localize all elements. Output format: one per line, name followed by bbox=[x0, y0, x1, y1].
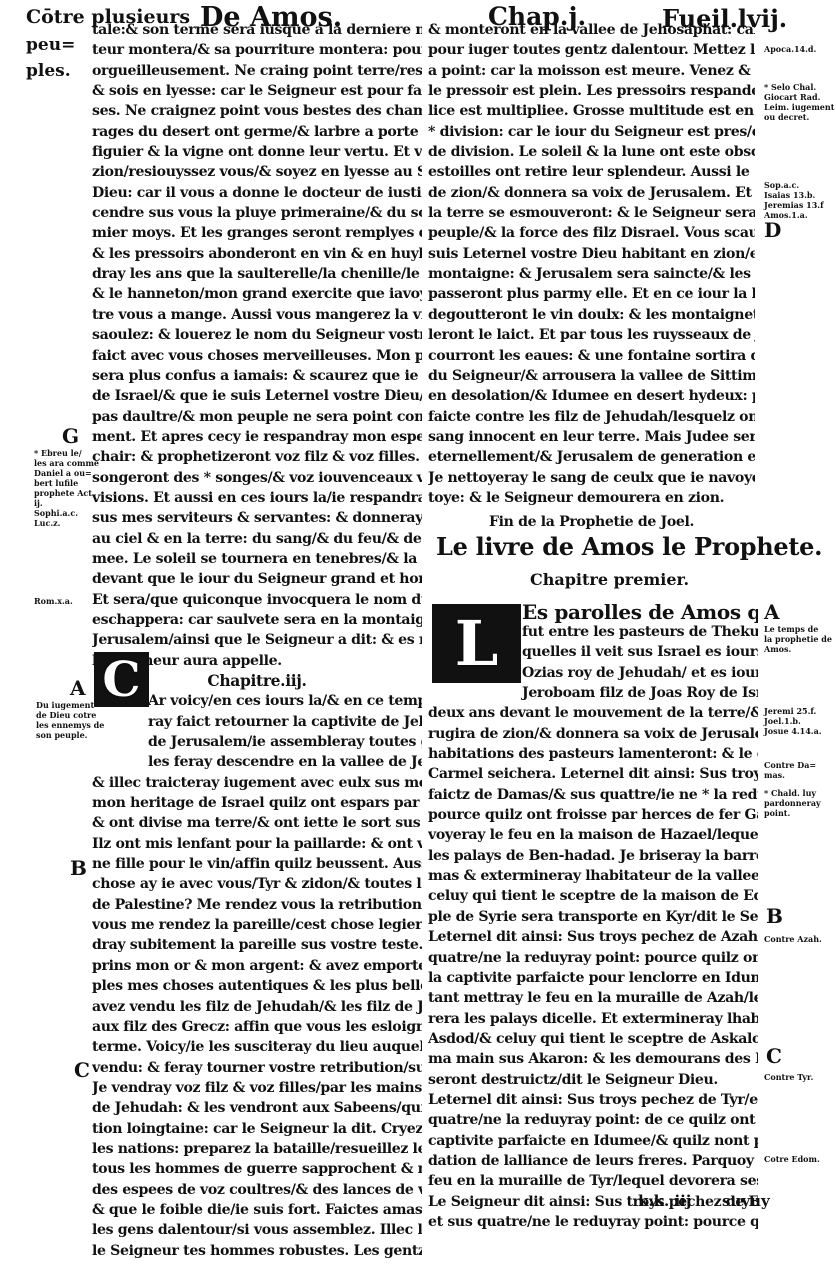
text-line: les feray descendre en la vallee de Jeho… bbox=[92, 752, 422, 772]
margin-note-edom: Cotre Edom. bbox=[764, 1154, 820, 1164]
text-line: de Jehudah: & les vendront aux Sabeens/q… bbox=[92, 1098, 422, 1118]
text-line: habitations des pasteurs lamenteront: & … bbox=[428, 744, 758, 764]
text-line: avez vendu les filz de Jehudah/& les fil… bbox=[92, 997, 422, 1017]
text-line: le pressoir est plein. Les pressoirs res… bbox=[428, 81, 755, 101]
text-line: orgueilleusement. Ne craing point terre/… bbox=[92, 61, 422, 81]
margin-note-rom: Rom.x.a. bbox=[34, 596, 73, 606]
text-line: figuier & la vigne ont donne leur vertu.… bbox=[92, 142, 422, 162]
text-line: leront le laict. Et par tous les ruyssea… bbox=[428, 325, 755, 345]
text-line: rugira de zion/& donnera sa voix de Jeru… bbox=[428, 724, 758, 744]
right-text-block-1: & monteront en la vallee de Jehosaphat: … bbox=[428, 20, 755, 508]
text-line: quelles il veit sus Israel es iours de bbox=[428, 642, 758, 662]
text-line: de Israel/& que ie suis Leternel vostre … bbox=[92, 386, 422, 406]
text-line: feu en la muraille de Tyr/lequel devorer… bbox=[428, 1171, 758, 1191]
text-line: Asdod/& celuy qui tient le sceptre de As… bbox=[428, 1029, 758, 1049]
text-line: Je nettoyeray le sang de ceulx que ie na… bbox=[428, 468, 755, 488]
text-line: a point: car la moisson est meure. Venez… bbox=[428, 61, 755, 81]
text-line: de zion/& donnera sa voix de Jerusalem. … bbox=[428, 183, 755, 203]
text-line: ray faict retourner la captivite de Jehu… bbox=[92, 712, 422, 732]
text-line: la terre se esmouveront: & le Seigneur s… bbox=[428, 203, 755, 223]
margin-letter-b-right: B bbox=[766, 904, 783, 928]
text-line: zion/resiouyssez vous/& soyez en lyesse … bbox=[92, 162, 422, 182]
text-line: ne fille pour le vin/affin quilz beussen… bbox=[92, 854, 422, 874]
text-line: songeront des * songes/& voz iouvenceaux… bbox=[92, 468, 422, 488]
margin-note-chald: * Chald. luy pardonneray point. bbox=[764, 788, 821, 818]
text-line: faictz de Damas/& sus quattre/ie ne * la… bbox=[428, 785, 758, 805]
text-line: de Palestine? Me rendez vous la retribut… bbox=[92, 895, 422, 915]
text-line: seront destruictz/dit le Seigneur Dieu. bbox=[428, 1070, 758, 1090]
margin-letter-c: C bbox=[74, 1058, 90, 1082]
margin-note-azah: Contre Azah. bbox=[764, 934, 822, 944]
text-line: la captivite parfaicte pour lenclorre en… bbox=[428, 968, 758, 988]
text-line: devant que le iour du Seigneur grand et … bbox=[92, 569, 422, 589]
text-line: courront les eaues: & une fontaine sorti… bbox=[428, 346, 755, 366]
text-line: chose ay ie avec vous/Tyr & zidon/& tout… bbox=[92, 874, 422, 894]
text-line: estoilles ont retire leur splendeur. Aus… bbox=[428, 162, 755, 182]
text-line: en desolation/& Idumee en desert hydeux:… bbox=[428, 386, 755, 406]
text-line: peuple/& la force des filz Disrael. Vous… bbox=[428, 223, 755, 243]
text-line: Leternel dit ainsi: Sus troys pechez de … bbox=[428, 1090, 758, 1110]
text-line: dray les ans que la saulterelle/la cheni… bbox=[92, 264, 422, 284]
text-line: les palays de Ben-hadad. Je briseray la … bbox=[428, 846, 758, 866]
text-line: ment. Et apres cecy ie respandray mon es… bbox=[92, 427, 422, 447]
text-line: rages du desert ont germe/& larbre a por… bbox=[92, 122, 422, 142]
text-line: sang innocent en leur terre. Mais Judee … bbox=[428, 427, 755, 447]
text-line: Ozias roy de Jehudah/ et es iours de bbox=[428, 663, 758, 683]
text-line: tre vous a mange. Aussi vous mangerez la… bbox=[92, 305, 422, 325]
initial-letter: C bbox=[102, 652, 140, 708]
text-line: saoulez: & louerez le nom du Seigneur vo… bbox=[92, 325, 422, 345]
margin-note-apoca: Apoca.14.d. bbox=[764, 44, 816, 54]
margin-letter-d: D bbox=[764, 218, 781, 242]
text-line: Ilz ont mis lenfant pour la paillarde: &… bbox=[92, 834, 422, 854]
text-line: terme. Voicy/ie les susciteray du lieu a… bbox=[92, 1037, 422, 1057]
left-text-block-2: Ar voicy/en ces iours la/& en ce temps/q… bbox=[92, 691, 422, 1261]
text-line: rera les palays dicelle. Et extermineray… bbox=[428, 1009, 758, 1029]
text-line: les nations: preparez la bataille/resuei… bbox=[92, 1139, 422, 1159]
text-line: Leternel dit ainsi: Sus troys pechez de … bbox=[428, 927, 758, 947]
text-line: montaigne: & Jerusalem sera saincte/& le… bbox=[428, 264, 755, 284]
text-line: tant mettray le feu en la muraille de Az… bbox=[428, 988, 758, 1008]
margin-note-refs: Sop.a.c. Isaias 13.b. Jeremias 13.f Amos… bbox=[764, 180, 824, 220]
margin-note-refs-2: Jeremi 25.f. Joel.1.b. Josue 4.14.a. bbox=[764, 706, 822, 736]
text-line: dation de lalliance de leurs freres. Par… bbox=[428, 1151, 758, 1171]
text-line: & sois en lyesse: car le Seigneur est po… bbox=[92, 81, 422, 101]
text-line: vous me rendez la pareille/cest chose le… bbox=[92, 915, 422, 935]
outer-note-line: ples. bbox=[26, 58, 75, 84]
text-line: et sus quatre/ne le reduyray point: pour… bbox=[428, 1212, 758, 1232]
margin-note-temps: Le temps de la prophetie de Amos. bbox=[764, 624, 832, 654]
outer-margin-note: peu= ples. bbox=[26, 32, 75, 84]
text-line: du Seigneur/& arrousera la vallee de Sit… bbox=[428, 366, 755, 386]
text-line: mee. Le soleil se tournera en tenebres/&… bbox=[92, 549, 422, 569]
text-line: le Seigneur tes hommes robustes. Les gen… bbox=[92, 1241, 422, 1261]
signature-mark: k.k. iij bbox=[638, 1192, 691, 1210]
text-line: voyeray le feu en la maison de Hazael/le… bbox=[428, 825, 758, 845]
margin-note-tyr: Contre Tyr. bbox=[764, 1072, 813, 1082]
text-line: sus mes serviteurs & servantes: & donner… bbox=[92, 508, 422, 528]
text-line: ma main sus Akaron: & les demourans des … bbox=[428, 1049, 758, 1069]
text-line: au ciel & en la terre: du sang/& du feu/… bbox=[92, 529, 422, 549]
text-line: deux ans devant le mouvement de la terre… bbox=[428, 703, 758, 723]
text-line: & que le foible die/ie suis fort. Faicte… bbox=[92, 1200, 422, 1220]
margin-note-damas: Contre Da= mas. bbox=[764, 760, 816, 780]
catchword: suyuy bbox=[722, 1192, 770, 1210]
text-line: faict avec vous choses merveilleuses. Mo… bbox=[92, 346, 422, 366]
book-page: Cōtre plusieurs De Amos. Chap.j. Fueil.l… bbox=[0, 0, 836, 1271]
opening-words: Es parolles de Amos qui bbox=[522, 600, 758, 624]
text-line: les gens dalentour/si vous assemblez. Il… bbox=[92, 1220, 422, 1240]
left-column: tale:& son terme sera iusque a la dernie… bbox=[92, 20, 422, 1261]
margin-note-selon: * Selo Chal. Giocart Rad. Leim. iugement… bbox=[764, 82, 834, 122]
text-line: captivite parfaicte en Idumee/& quilz no… bbox=[428, 1131, 758, 1151]
text-line: sera plus confus a iamais: & scaurez que… bbox=[92, 366, 422, 386]
text-line: & illec traicteray iugement avec eulx su… bbox=[92, 773, 422, 793]
text-line: & le hanneton/mon grand exercite que iav… bbox=[92, 284, 422, 304]
right-column: & monteront en la vallee de Jehosaphat: … bbox=[428, 20, 755, 533]
text-line: cendre sus vous la pluye primeraine/& du… bbox=[92, 203, 422, 223]
text-line: aux filz des Grecz: affin que vous les e… bbox=[92, 1017, 422, 1037]
text-line: Je vendray voz filz & voz filles/par les… bbox=[92, 1078, 422, 1098]
margin-note-iugement: Du iugement de Dieu cotre les ennemys de… bbox=[36, 700, 104, 740]
text-line: teur montera/& sa pourriture montera: po… bbox=[92, 40, 422, 60]
text-line: eschappera: car saulvete sera en la mont… bbox=[92, 610, 422, 630]
text-line: & ont divise ma terre/& ont iette le sor… bbox=[92, 813, 422, 833]
text-line: toye: & le Seigneur demourera en zion. bbox=[428, 488, 755, 508]
text-line: Dieu: car il vous a donne le docteur de … bbox=[92, 183, 422, 203]
text-line: de Jerusalem/ie assembleray toutes gentz… bbox=[92, 732, 422, 752]
text-line: * division: car le iour du Seigneur est … bbox=[428, 122, 755, 142]
text-line: eternellement/& Jerusalem de generation … bbox=[428, 447, 755, 467]
margin-letter-g: G bbox=[62, 424, 79, 448]
text-line: quatre/ne la reduyray point: de ce quilz… bbox=[428, 1110, 758, 1130]
text-line: vendu: & feray tourner vostre retributio… bbox=[92, 1058, 422, 1078]
text-line: pour iuger toutes gentz dalentour. Mette… bbox=[428, 40, 755, 60]
text-line: ples mes choses autentiques & les plus b… bbox=[92, 976, 422, 996]
text-line: pource quilz ont froisse par herces de f… bbox=[428, 805, 758, 825]
text-line: Jerusalem/ainsi que le Seigneur a dit: &… bbox=[92, 630, 422, 650]
text-line: tion loingtaine: car le Seigneur la dit.… bbox=[92, 1119, 422, 1139]
text-line: Et sera/que quiconque invocquera le nom … bbox=[92, 590, 422, 610]
margin-letter-c-right: C bbox=[766, 1044, 782, 1068]
text-line: Jeroboam filz de Joas Roy de Israel: bbox=[428, 683, 758, 703]
chapter-heading-premier: Chapitre premier. bbox=[530, 570, 689, 589]
text-line: ple de Syrie sera transporte en Kyr/dit … bbox=[428, 907, 758, 927]
text-line: des espees de voz coultres/& des lances … bbox=[92, 1180, 422, 1200]
margin-letter-a: A bbox=[70, 676, 86, 700]
margin-note-songes: * Ebreu le/ les ara comme Daniel a ou= b… bbox=[34, 448, 99, 528]
text-line: suis Leternel vostre Dieu habitant en zi… bbox=[428, 244, 755, 264]
illuminated-initial: C bbox=[94, 652, 149, 707]
text-line: dray subitement la pareille sus vostre t… bbox=[92, 935, 422, 955]
text-line: celuy qui tient le sceptre de la maison … bbox=[428, 886, 758, 906]
text-line: passeront plus parmy elle. Et en ce iour… bbox=[428, 284, 755, 304]
text-line: lice est multipliee. Grosse multitude es… bbox=[428, 101, 755, 121]
text-line: mas & extermineray lhabitateur de la val… bbox=[428, 866, 758, 886]
text-line: tous les hommes de guerre sapprochent & … bbox=[92, 1159, 422, 1179]
text-line: prins mon or & mon argent: & avez emport… bbox=[92, 956, 422, 976]
outer-note-line: peu= bbox=[26, 32, 75, 58]
text-line: degoutteront le vin doulx: & les montaig… bbox=[428, 305, 755, 325]
opening-line: Es parolles de Amos qui bbox=[522, 600, 758, 624]
text-line: de division. Le soleil & la lune ont est… bbox=[428, 142, 755, 162]
text-line: Le Seigneur dit ainsi: Sus troys pechez … bbox=[428, 1192, 758, 1212]
text-line: Carmel seichera. Leternel dit ainsi: Sus… bbox=[428, 764, 758, 784]
text-line: tale:& son terme sera iusque a la dernie… bbox=[92, 20, 422, 40]
margin-letter-a-right: A bbox=[764, 600, 780, 624]
text-line: ses. Ne craignez point vous bestes des c… bbox=[92, 101, 422, 121]
text-line: mon heritage de Israel quilz ont espars … bbox=[92, 793, 422, 813]
text-line: quatre/ne la reduyray point: pource quil… bbox=[428, 948, 758, 968]
text-line: chair: & prophetizeront voz filz & voz f… bbox=[92, 447, 422, 467]
left-text-block-1: tale:& son terme sera iusque a la dernie… bbox=[92, 20, 422, 671]
text-line: pas daultre/& mon peuple ne sera point c… bbox=[92, 407, 422, 427]
text-line: mier moys. Et les granges seront remplye… bbox=[92, 223, 422, 243]
text-line: faicte contre les filz de Jehudah/lesque… bbox=[428, 407, 755, 427]
margin-letter-b: B bbox=[70, 856, 87, 880]
end-of-joel: Fin de la Prophetie de Joel. bbox=[428, 512, 755, 532]
text-line: visions. Et aussi en ces iours la/ie res… bbox=[92, 488, 422, 508]
right-text-block-2: fut entre les pasteurs de Thekua/les=que… bbox=[428, 622, 758, 1232]
text-line: & les pressoirs abonderont en vin & en h… bbox=[92, 244, 422, 264]
text-line: & monteront en la vallee de Jehosaphat: … bbox=[428, 20, 755, 40]
book-title: Le livre de Amos le Prophete. bbox=[436, 532, 822, 561]
text-line: fut entre les pasteurs de Thekua/les= bbox=[428, 622, 758, 642]
